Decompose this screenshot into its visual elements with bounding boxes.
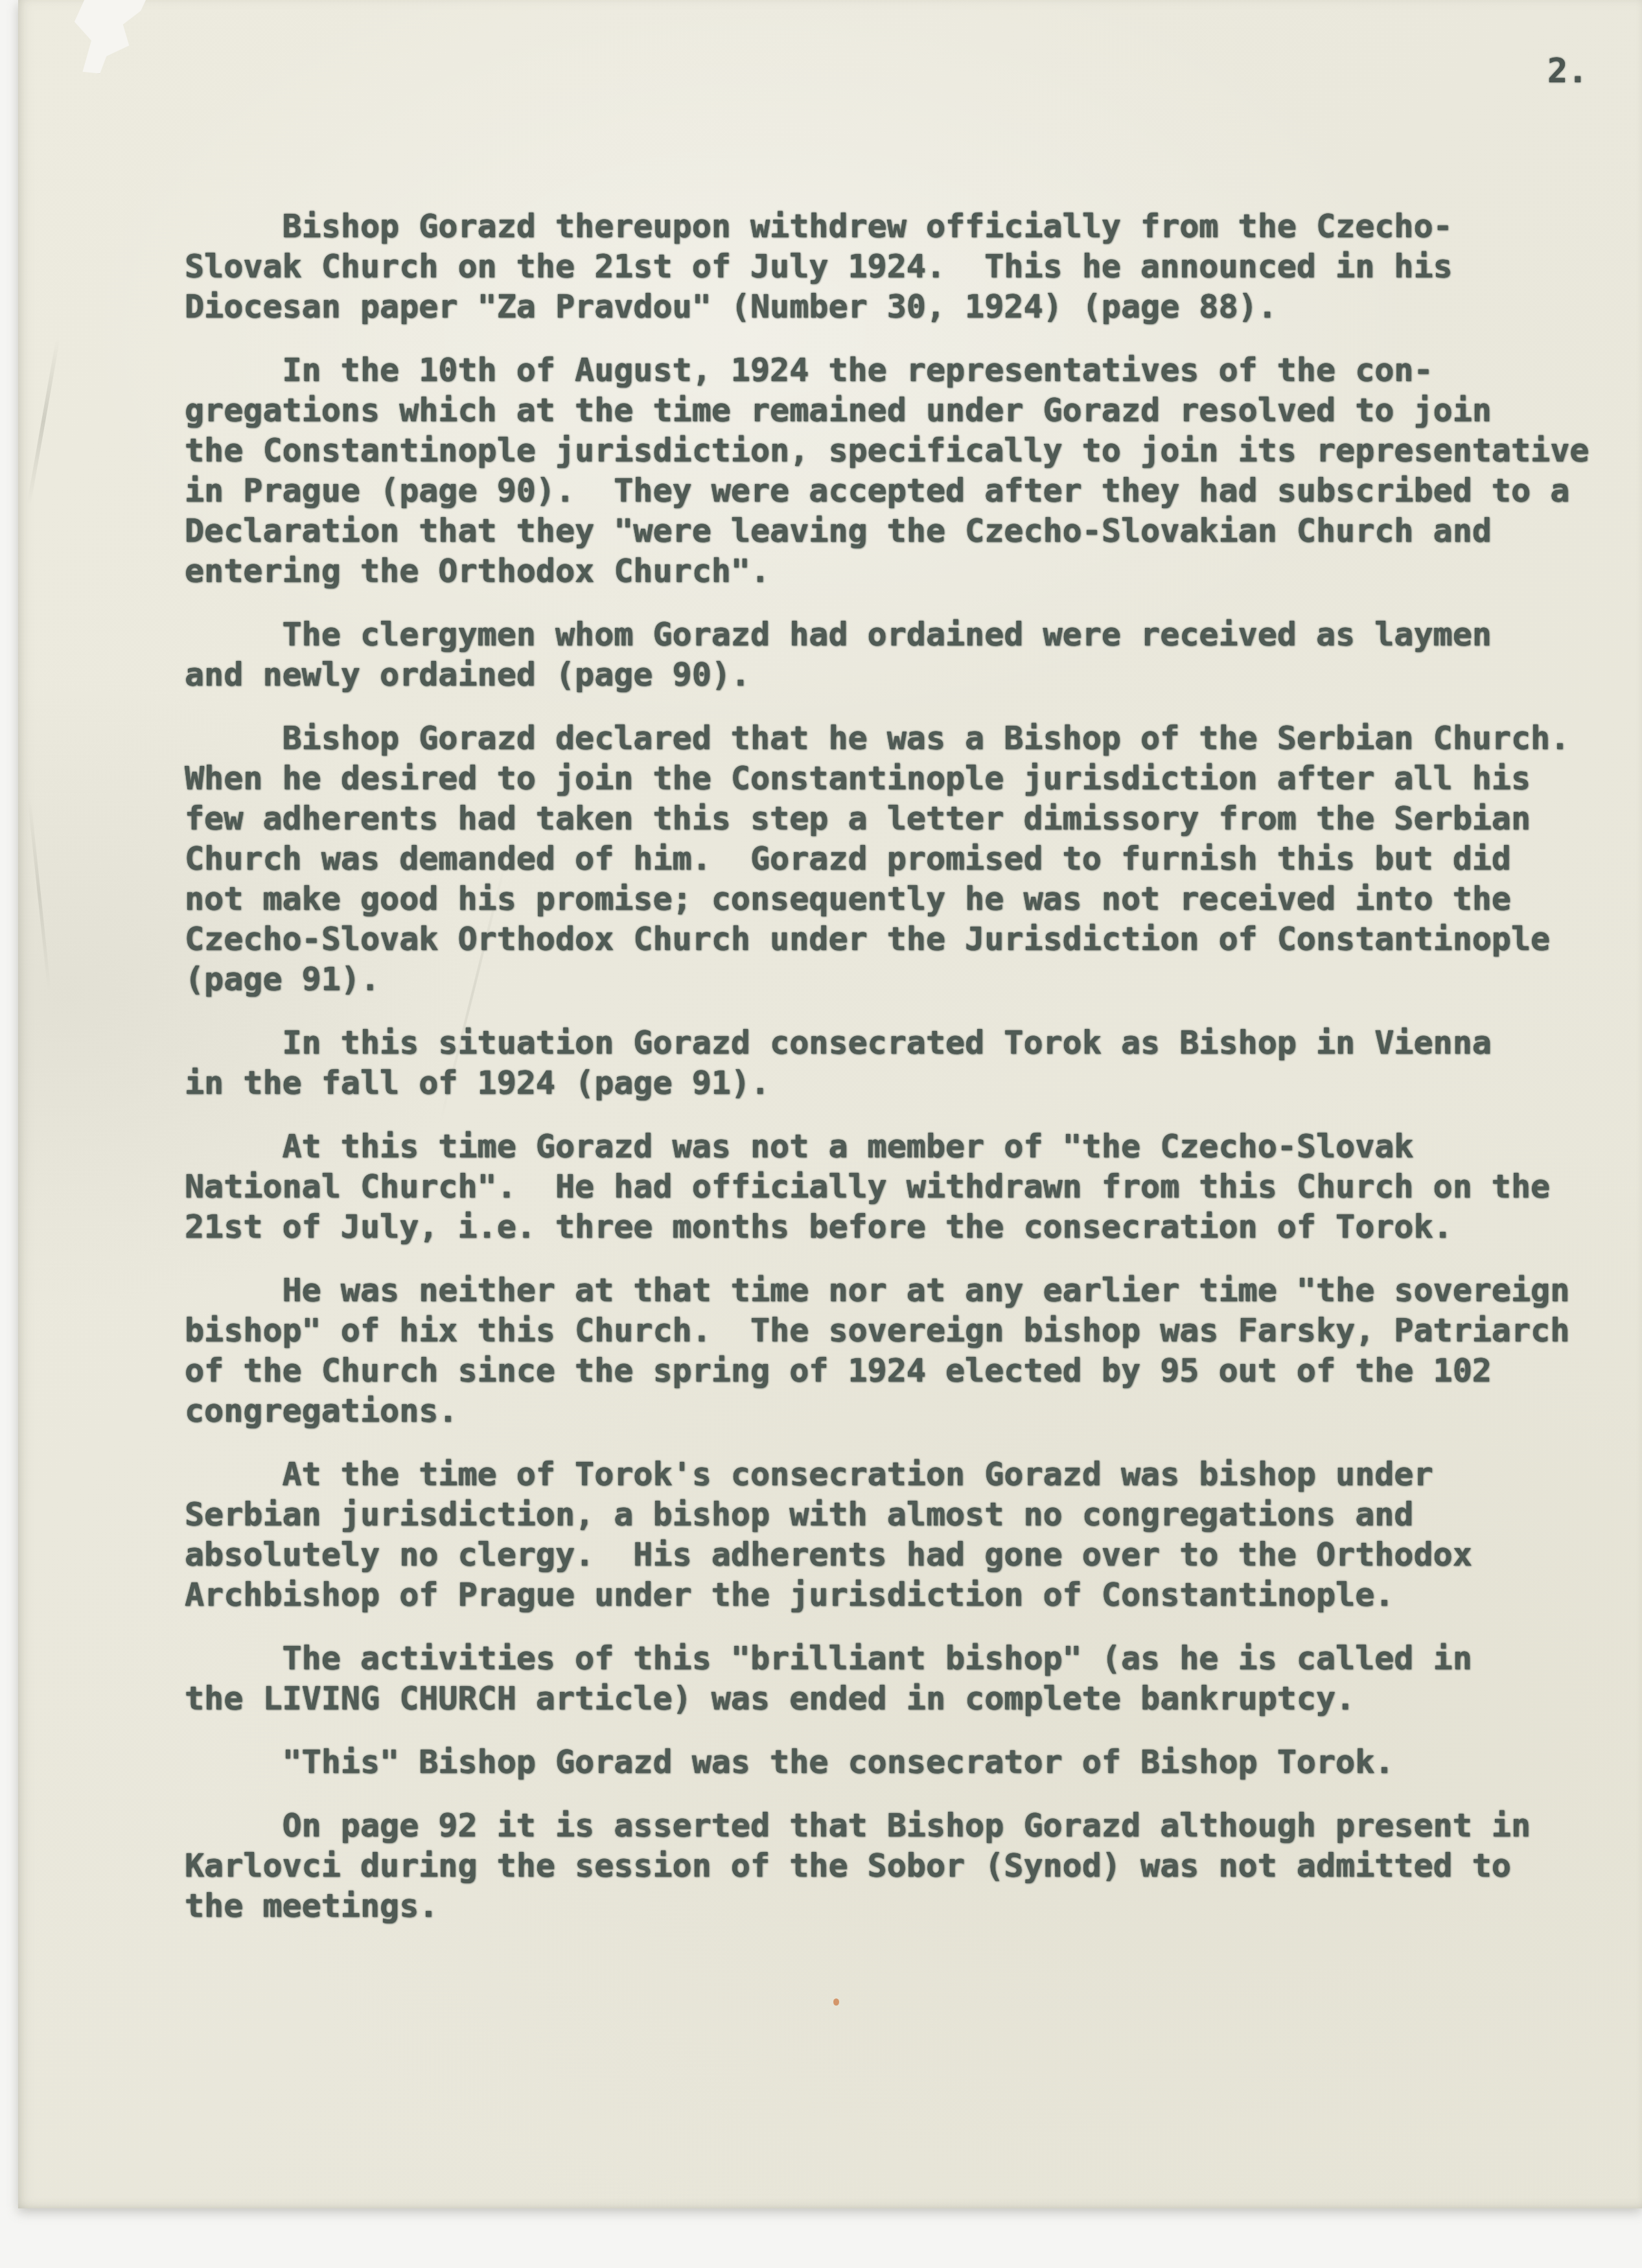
- text-line: Church was demanded of him. Gorazd promi…: [185, 839, 1630, 879]
- text-line: At this time Gorazd was not a member of …: [185, 1126, 1630, 1166]
- text-line: few adherents had taken this step a lett…: [185, 798, 1630, 839]
- text-line: absolutely no clergy. His adherents had …: [185, 1534, 1630, 1575]
- text-line: Bishop Gorazd thereupon withdrew officia…: [185, 206, 1630, 246]
- paragraph-8: At the time of Torok's consecration Gora…: [185, 1454, 1630, 1615]
- text-line: not make good his promise; consequently …: [185, 879, 1630, 919]
- text-line: the LIVING CHURCH article) was ended in …: [185, 1678, 1630, 1718]
- paper-crease: [27, 338, 60, 504]
- text-line: Archbishop of Prague under the jurisdict…: [185, 1575, 1630, 1615]
- paragraph-10: "This" Bishop Gorazd was the consecrator…: [185, 1742, 1630, 1782]
- text-line: Declaration that they "were leaving the …: [185, 511, 1630, 551]
- text-line: and newly ordained (page 90).: [185, 654, 1630, 695]
- text-line: entering the Orthodox Church".: [185, 551, 1630, 591]
- paragraph-2: In the 10th of August, 1924 the represen…: [185, 350, 1630, 591]
- text-line: Bishop Gorazd declared that he was a Bis…: [185, 718, 1630, 758]
- text-line: gregations which at the time remained un…: [185, 390, 1630, 430]
- ink-speck: [833, 1998, 839, 2006]
- paper-crease: [27, 798, 51, 991]
- paragraph-7: He was neither at that time nor at any e…: [185, 1270, 1630, 1431]
- text-line: He was neither at that time nor at any e…: [185, 1270, 1630, 1310]
- text-line: Czecho-Slovak Orthodox Church under the …: [185, 919, 1630, 959]
- text-line: in the fall of 1924 (page 91).: [185, 1063, 1630, 1103]
- text-line: "This" Bishop Gorazd was the consecrator…: [185, 1742, 1630, 1782]
- paper-tear-top-left: [71, 0, 154, 75]
- text-line: of the Church since the spring of 1924 e…: [185, 1350, 1630, 1391]
- text-line: Serbian jurisdiction, a bishop with almo…: [185, 1494, 1630, 1534]
- text-line: in Prague (page 90). They were accepted …: [185, 470, 1630, 511]
- text-line: (page 91).: [185, 959, 1630, 999]
- document-text: Bishop Gorazd thereupon withdrew officia…: [185, 206, 1630, 1949]
- text-line: The clergymen whom Gorazd had ordained w…: [185, 614, 1630, 654]
- text-line: the Constantinople jurisdiction, specifi…: [185, 430, 1630, 470]
- paragraph-6: At this time Gorazd was not a member of …: [185, 1126, 1630, 1247]
- text-line: In this situation Gorazd consecrated Tor…: [185, 1023, 1630, 1063]
- text-line: congregations.: [185, 1391, 1630, 1431]
- text-line: 21st of July, i.e. three months before t…: [185, 1207, 1630, 1247]
- text-line: Diocesan paper "Za Pravdou" (Number 30, …: [185, 286, 1630, 327]
- text-line: National Church". He had officially with…: [185, 1166, 1630, 1207]
- text-line: When he desired to join the Constantinop…: [185, 758, 1630, 798]
- text-line: In the 10th of August, 1924 the represen…: [185, 350, 1630, 390]
- text-line: Slovak Church on the 21st of July 1924. …: [185, 246, 1630, 286]
- text-line: the meetings.: [185, 1886, 1630, 1926]
- text-line: The activities of this "brilliant bishop…: [185, 1638, 1630, 1678]
- text-line: On page 92 it is asserted that Bishop Go…: [185, 1805, 1630, 1846]
- text-line: bishop" of hix this Church. The sovereig…: [185, 1310, 1630, 1350]
- paragraph-11: On page 92 it is asserted that Bishop Go…: [185, 1805, 1630, 1926]
- text-line: At the time of Torok's consecration Gora…: [185, 1454, 1630, 1494]
- text-line: Karlovci during the session of the Sobor…: [185, 1846, 1630, 1886]
- paragraph-4: Bishop Gorazd declared that he was a Bis…: [185, 718, 1630, 999]
- paragraph-9: The activities of this "brilliant bishop…: [185, 1638, 1630, 1718]
- paragraph-1: Bishop Gorazd thereupon withdrew officia…: [185, 206, 1630, 327]
- page-number: 2.: [1547, 52, 1588, 91]
- paragraph-5: In this situation Gorazd consecrated Tor…: [185, 1023, 1630, 1103]
- paragraph-3: The clergymen whom Gorazd had ordained w…: [185, 614, 1630, 695]
